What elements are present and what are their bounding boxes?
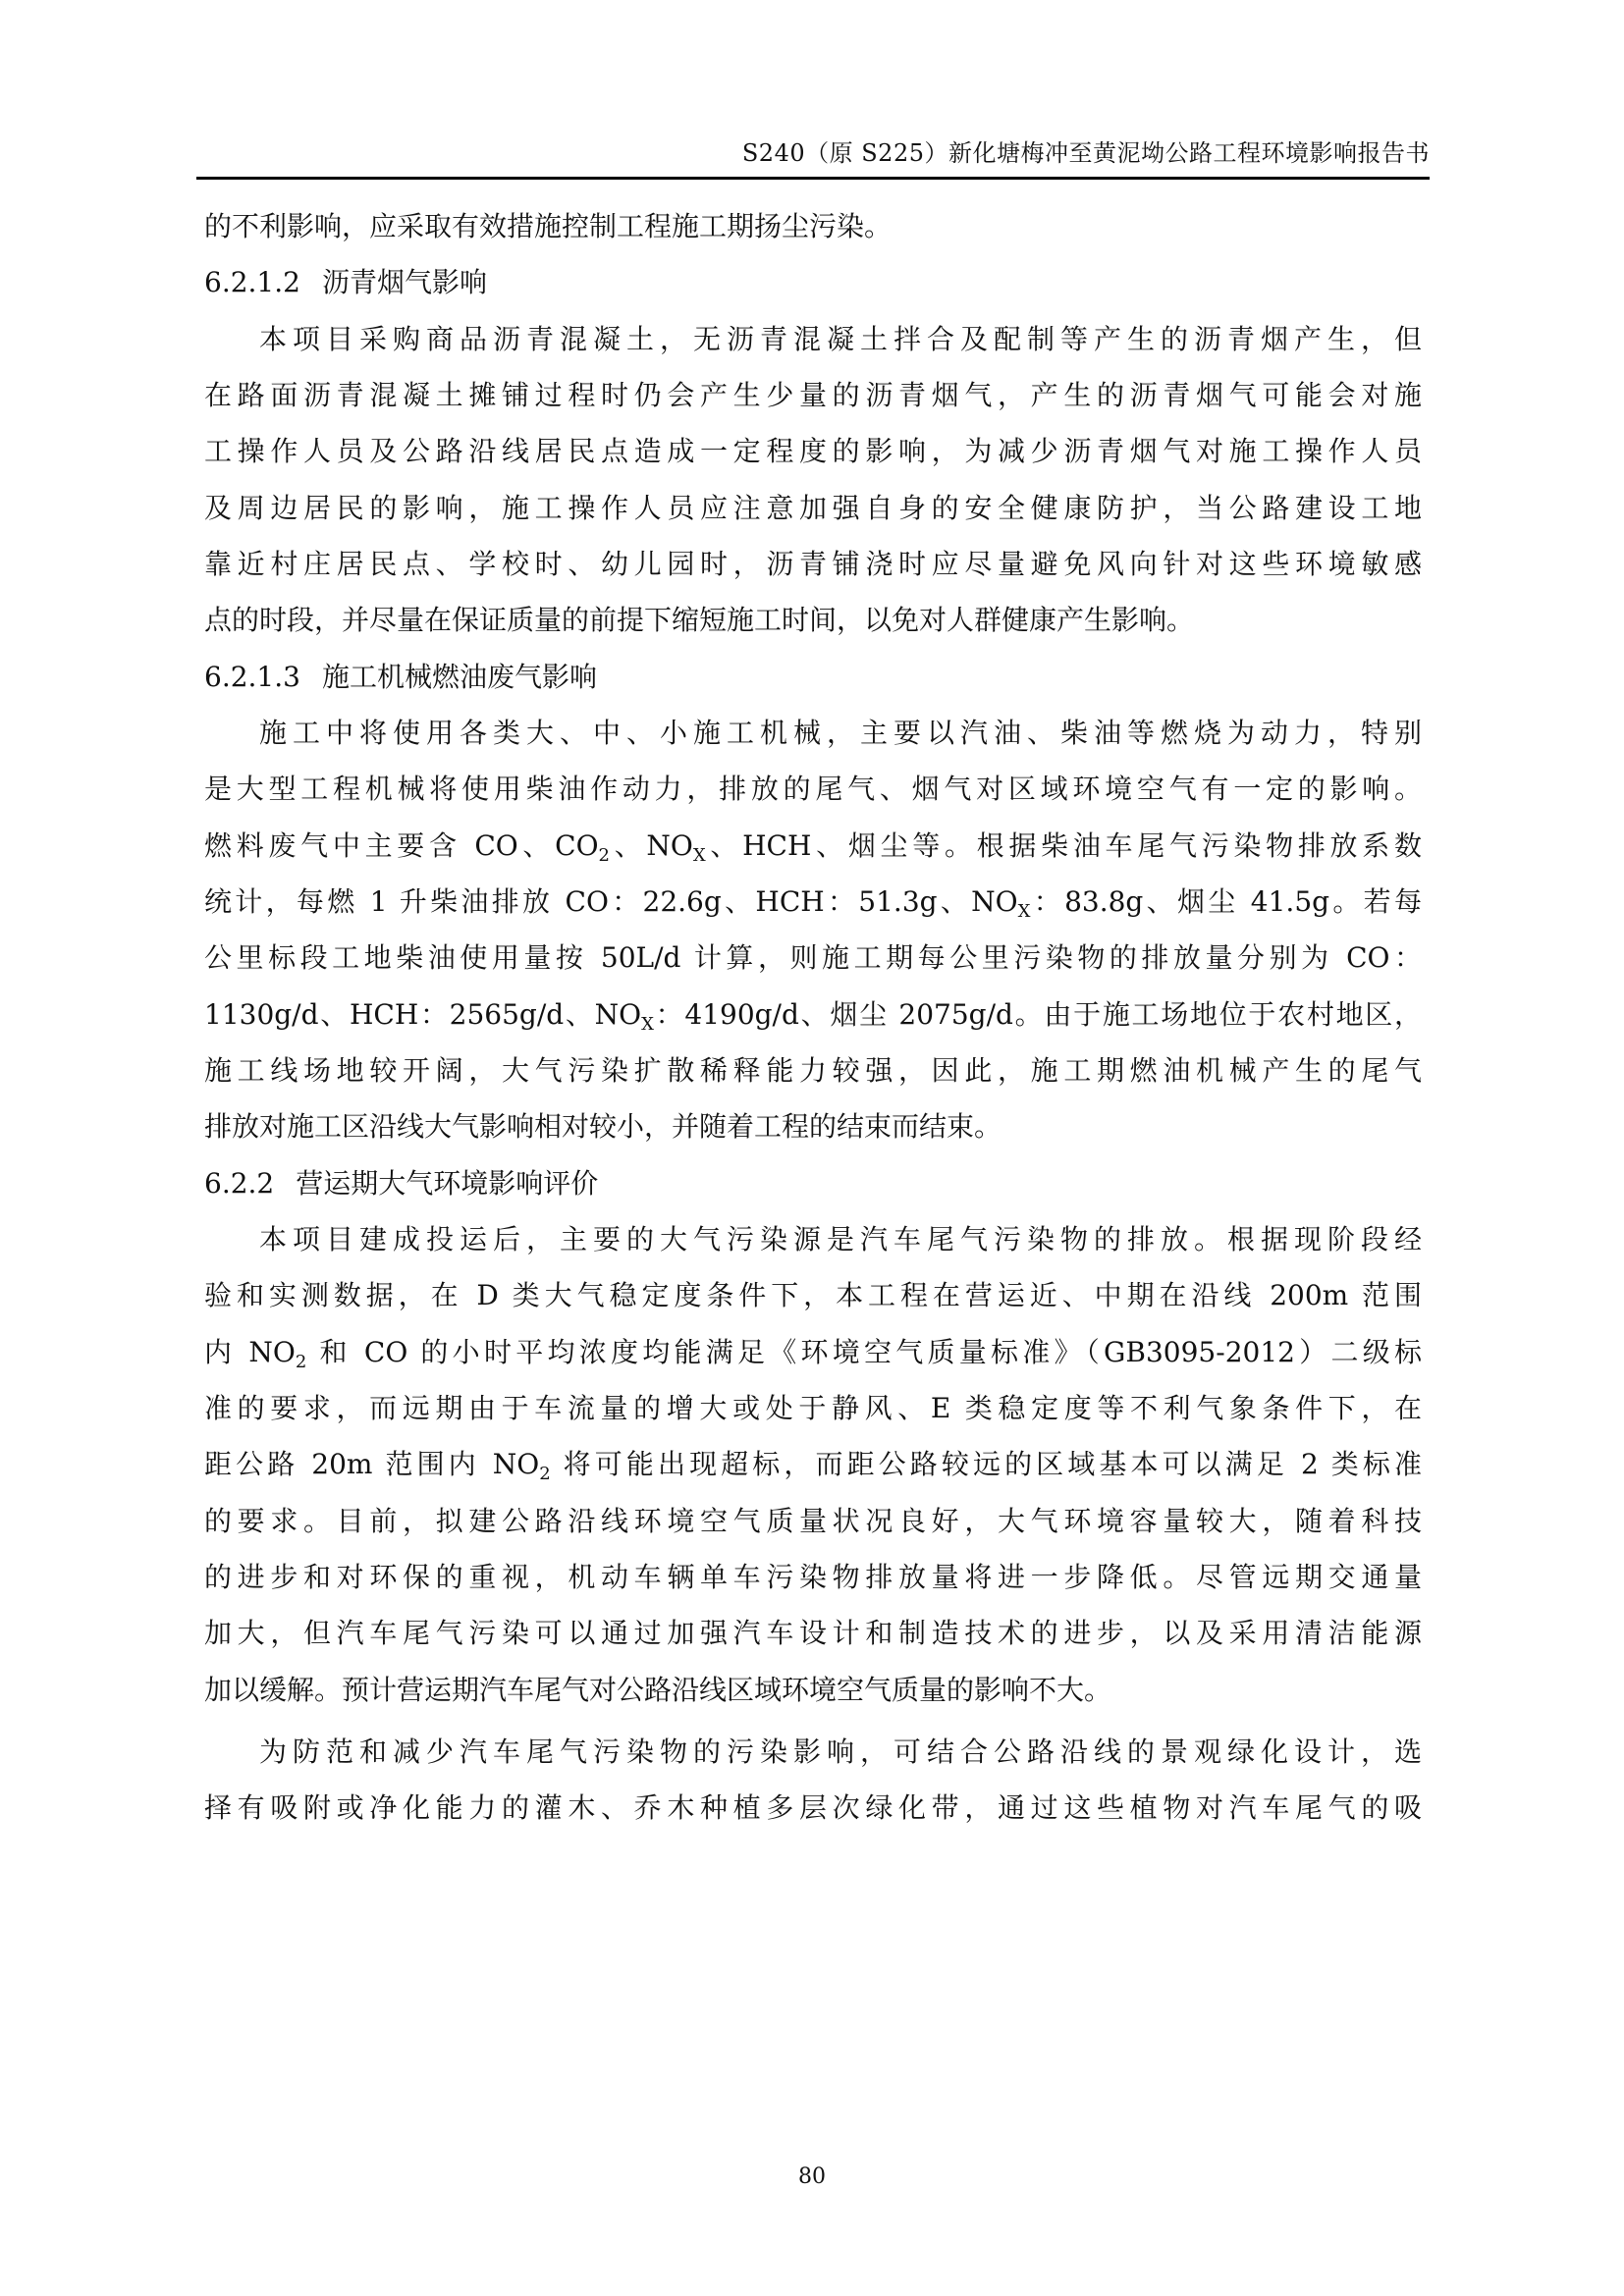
section-heading: 6.2.2营运期大气环境影响评价 — [204, 1164, 1422, 1203]
section-number: 6.2.1.2 — [204, 263, 300, 302]
paragraph-line: 燃料废气中主要含 CO、CO2、NOX、HCH、烟尘等。根据柴油车尾气污染物排放… — [204, 827, 1422, 866]
paragraph-line: 及周边居民的影响，施工操作人员应注意加强自身的安全健康防护，当公路建设工地 — [204, 489, 1422, 528]
text-segment: 内 NO — [204, 1336, 296, 1368]
text-segment: ：83.8g、烟尘 41.5g。若每 — [1030, 885, 1422, 918]
paragraph-line: 本项目建成投运后，主要的大气污染源是汽车尾气污染物的排放。根据现阶段经 — [204, 1220, 1422, 1259]
paragraph-line: 点的时段，并尽量在保证质量的前提下缩短施工时间，以免对人群健康产生影响。 — [204, 601, 1422, 640]
paragraph-line: 为防范和减少汽车尾气污染物的污染影响，可结合公路沿线的景观绿化设计，选 — [204, 1733, 1422, 1772]
text-segment: 、NO — [610, 829, 693, 862]
paragraph-line: 在路面沥青混凝土摊铺过程时仍会产生少量的沥青烟气，产生的沥青烟气可能会对施 — [204, 376, 1422, 415]
subscript: X — [1018, 901, 1031, 922]
paragraph-line: 公里标段工地柴油使用量按 50L/d 计算，则施工期每公里污染物的排放量分别为 … — [204, 938, 1422, 978]
paragraph-line: 内 NO2 和 CO 的小时平均浓度均能满足《环境空气质量标准》（GB3095-… — [204, 1333, 1422, 1372]
text-segment: 燃料废气中主要含 CO、CO — [204, 829, 599, 862]
paragraph-line: 的不利影响，应采取有效措施控制工程施工期扬尘污染。 — [204, 207, 1422, 246]
text-segment: ：4190g/d、烟尘 2075g/d。由于施工场地位于农村地区， — [654, 998, 1422, 1031]
subscript: X — [693, 845, 706, 866]
section-heading: 6.2.1.3施工机械燃油废气影响 — [204, 658, 1422, 697]
paragraph-line: 施工线场地较开阔，大气污染扩散稀释能力较强，因此，施工期燃油机械产生的尾气 — [204, 1051, 1422, 1091]
paragraph-line: 靠近村庄居民点、学校时、幼儿园时，沥青铺浇时应尽量避免风向针对这些环境敏感 — [204, 545, 1422, 584]
page-number: 80 — [0, 2164, 1624, 2189]
paragraph-line: 距公路 20m 范围内 NO2 将可能出现超标，而距公路较远的区域基本可以满足 … — [204, 1445, 1422, 1484]
subscript: 2 — [539, 1464, 550, 1484]
text-segment: 统计，每燃 1 升柴油排放 CO：22.6g、HCH：51.3g、NO — [204, 885, 1018, 918]
paragraph-line: 的进步和对环保的重视，机动车辆单车污染物排放量将进一步降低。尽管远期交通量 — [204, 1558, 1422, 1597]
section-number: 6.2.2 — [204, 1164, 274, 1203]
subscript: X — [641, 1014, 654, 1035]
text-segment: 1130g/d、HCH：2565g/d、NO — [204, 998, 641, 1031]
section-title: 营运期大气环境影响评价 — [296, 1167, 598, 1200]
section-heading: 6.2.1.2沥青烟气影响 — [204, 263, 1422, 302]
report-title: S240（原 S225）新化塘梅冲至黄泥坳公路工程环境影响报告书 — [742, 133, 1430, 168]
paragraph-line: 本项目采购商品沥青混凝土，无沥青混凝土拌合及配制等产生的沥青烟产生，但 — [204, 320, 1422, 359]
section-number: 6.2.1.3 — [204, 658, 300, 697]
paragraph-line: 准的要求，而远期由于车流量的增大或处于静风、E 类稳定度等不利气象条件下，在 — [204, 1389, 1422, 1428]
paragraph-line: 工操作人员及公路沿线居民点造成一定程度的影响，为减少沥青烟气对施工操作人员 — [204, 432, 1422, 471]
subscript: 2 — [296, 1352, 306, 1372]
paragraph-line: 择有吸附或净化能力的灌木、乔木种植多层次绿化带，通过这些植物对汽车尾气的吸 — [204, 1789, 1422, 1828]
paragraph-line: 是大型工程机械将使用柴油作动力，排放的尾气、烟气对区域环境空气有一定的影响。 — [204, 770, 1422, 809]
section-title: 施工机械燃油废气影响 — [322, 661, 597, 693]
text-segment: 距公路 20m 范围内 NO — [204, 1448, 539, 1480]
paragraph-line: 统计，每燃 1 升柴油排放 CO：22.6g、HCH：51.3g、NOX：83.… — [204, 882, 1422, 922]
text-segment: 和 CO 的小时平均浓度均能满足《环境空气质量标准》（GB3095-2012）二… — [306, 1336, 1422, 1368]
text-segment: 将可能出现超标，而距公路较远的区域基本可以满足 2 类标准 — [551, 1448, 1422, 1480]
section-title: 沥青烟气影响 — [322, 266, 487, 298]
paragraph-line: 施工中将使用各类大、中、小施工机械，主要以汽油、柴油等燃烧为动力，特别 — [204, 714, 1422, 753]
header-divider — [196, 177, 1430, 180]
paragraph-line: 加大，但汽车尾气污染可以通过加强汽车设计和制造技术的进步，以及采用清洁能源 — [204, 1614, 1422, 1653]
text-segment: 、HCH、烟尘等。根据柴油车尾气污染物排放系数 — [706, 829, 1422, 862]
subscript: 2 — [599, 845, 610, 866]
paragraph-line: 排放对施工区沿线大气影响相对较小，并随着工程的结束而结束。 — [204, 1107, 1422, 1147]
paragraph-line: 加以缓解。预计营运期汽车尾气对公路沿线区域环境空气质量的影响不大。 — [204, 1671, 1422, 1710]
paragraph-line: 1130g/d、HCH：2565g/d、NOX：4190g/d、烟尘 2075g… — [204, 995, 1422, 1035]
paragraph-line: 的要求。目前，拟建公路沿线环境空气质量状况良好，大气环境容量较大，随着科技 — [204, 1502, 1422, 1541]
paragraph-line: 验和实测数据，在 D 类大气稳定度条件下，本工程在营运近、中期在沿线 200m … — [204, 1276, 1422, 1315]
